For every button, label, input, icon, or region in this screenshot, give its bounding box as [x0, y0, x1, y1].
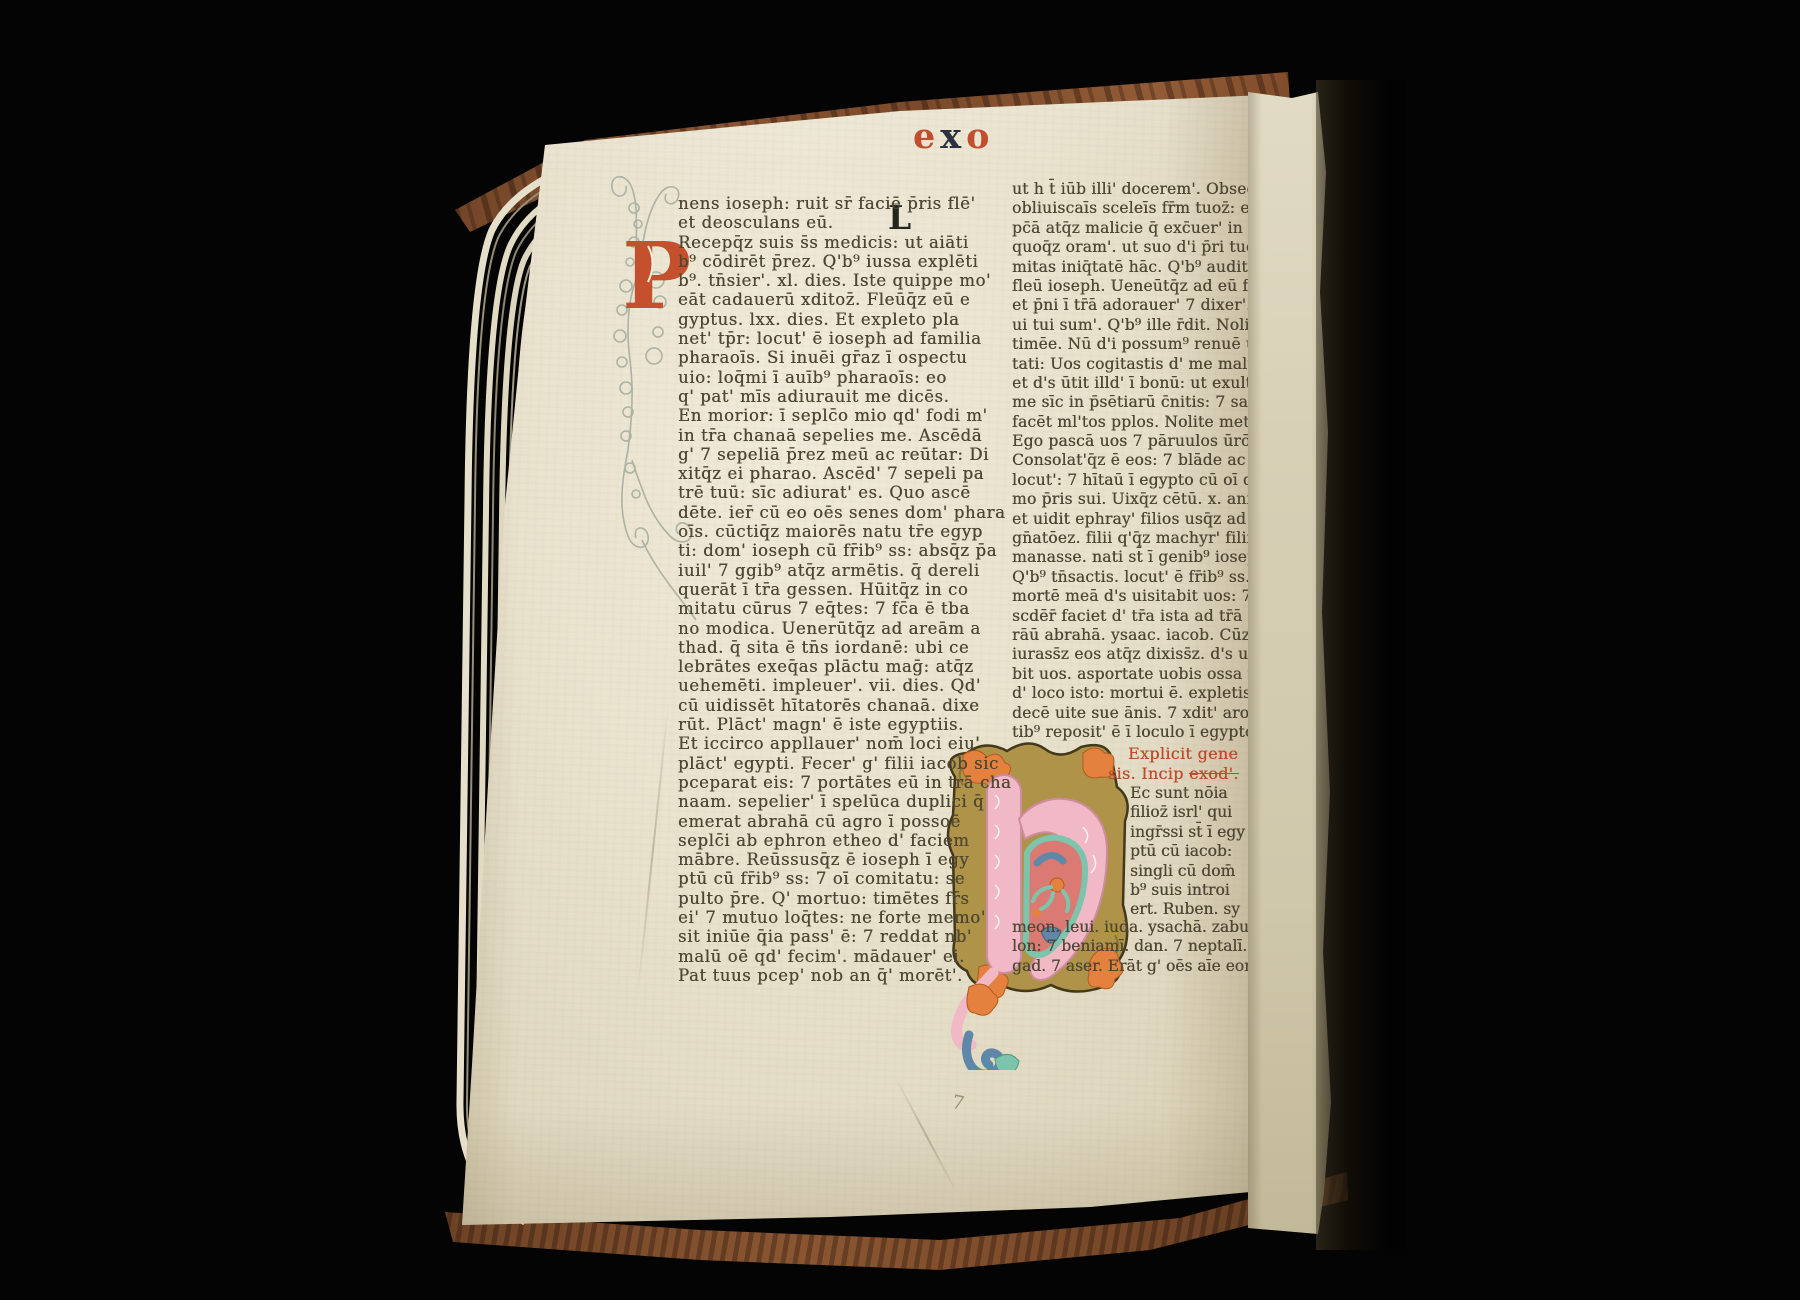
text-line: mābre. Reūssusq̄z ē ioseph ī egy — [678, 850, 1014, 869]
running-title: exo — [913, 116, 995, 157]
right-edge-shadow — [1316, 80, 1406, 1250]
text-line: Recepq̄z suis s̄s medicis: ut aiāti — [678, 233, 1014, 252]
manuscript-photo: exo P — [0, 0, 1800, 1300]
text-line: manasse. nati st̄ ī genib⁹ ioseph. — [1012, 548, 1254, 567]
text-line: gad. 7 aser. Erāt g' oēs aīe eorū — [1012, 957, 1254, 976]
text-line: uehemēti. impleuer'. vii. dies. Qd' — [678, 676, 1014, 695]
text-line: facēt ml'tos pplos. Nolite metuē. — [1012, 413, 1254, 432]
text-line: rūt. Plāct' magn' ē iste egyptiis. — [678, 715, 1014, 734]
text-line: b⁹ suis introi — [1130, 881, 1254, 900]
text-line: querāt ī tr̄a gessen. Hūitq̄z in co — [678, 580, 1014, 599]
text-line: ti: dom' ioseph cū fr̄ib⁹ ss: absq̄z p̄a — [678, 541, 1014, 560]
text-line: uio: loq̄mi ī auīb⁹ pharaoīs: eo — [678, 368, 1014, 387]
text-below-initial: meon. leui. iuda. ysachā. zabulon: 7 ben… — [1012, 918, 1254, 976]
text-line: fleū ioseph. Ueneūtq̄z ad eū fr̄s sui. — [1012, 277, 1254, 296]
text-line: pc̄ā atq̄z malicie q̄ exc̄uer' in te. No… — [1012, 219, 1254, 238]
text-line: Et iccirco appllauer' nom̄ loci eiu' — [678, 734, 1014, 753]
rubric-explicit-incipit: Explicit gene sis. Incip exod'. — [1128, 744, 1239, 783]
text-line: lebrātes exeq̄as plāctu maḡ: atq̄z — [678, 657, 1014, 676]
text-line: eāt cadauerū xditoz̄. Fleūq̄z eū e — [678, 290, 1014, 309]
text-line: decē uite sue ānis. 7 xdit' aroma — [1012, 704, 1254, 723]
text-line: nens ioseph: ruit sr̄ faciē p̄ris flē' — [678, 194, 1014, 213]
text-line: ut h t̄ iūb illi' docerem'. Obsec̄ ut — [1012, 180, 1254, 199]
text-line: lon: 7 beniamī. dan. 7 neptalī. — [1012, 937, 1254, 956]
text-line: b⁹. tn̄sier'. xl. dies. Iste quippe mo' — [678, 271, 1014, 290]
text-line: singli cū dom̄ — [1130, 862, 1254, 881]
text-line: me sīc in p̄sētiarū c̄nitis: 7 saluos' — [1012, 393, 1254, 412]
rubric-line: sis. Incip exod'. — [1108, 764, 1239, 784]
text-line: ei' 7 mutuo loq̄tes: ne forte memo' — [678, 908, 1014, 927]
running-title-letter-o: o — [966, 116, 994, 157]
text-line: ptū cū fr̄ib⁹ ss: 7 oī comitatu: se — [678, 869, 1014, 888]
text-line: oīs. cūctiq̄z maiorēs natu tr̄e egyp — [678, 522, 1014, 541]
text-line: iuil' 7 ggib⁹ atq̄z armētis. q̄ dereli — [678, 561, 1014, 580]
text-line: Ego pascā uos 7 pāruulos ūrōs. — [1012, 432, 1254, 451]
text-line: ert. Ruben. sy — [1130, 900, 1254, 919]
text-line: Consolat'q̄z ē eos: 7 blāde ac lenit̄ — [1012, 451, 1254, 470]
right-text-column: ut h t̄ iūb illi' docerem'. Obsec̄ utobl… — [1012, 180, 1254, 742]
text-line: Pat tuus pcep' nob an q̄' morēt'. — [678, 966, 1014, 985]
text-line: g' 7 sepeliā p̄rez meū ac reūtar: Di — [678, 445, 1014, 464]
text-line: iurass̄z eos atq̄z dixiss̄z. d's uisita — [1012, 645, 1254, 664]
text-line: xitq̄z ei pharao. Ascēd' 7 sepeli pa — [678, 464, 1014, 483]
text-line: rāū abrahā. ysaac. iacob. Cūz ad — [1012, 626, 1254, 645]
text-line: pceparat eis: 7 portātes eū in trā cha — [678, 773, 1014, 792]
text-line: q' pat' mīs adiurauit me dicēs. — [678, 387, 1014, 406]
text-line: tati: Uos cogitastis d' me malū: — [1012, 355, 1254, 374]
text-line: mitas iniq̄tatē hāc. Q'b⁹ auditis: — [1012, 258, 1254, 277]
text-line: scdēr̄ faciet d' tr̄a ista ad tr̄ā q̄ iu — [1012, 607, 1254, 626]
text-line: et uidit ephray' filios usq̄z ad t'ciā — [1012, 510, 1254, 529]
text-line: pharaoīs. Si inuēi gr̄az ī ospectu — [678, 348, 1014, 367]
left-text-column: nens ioseph: ruit sr̄ faciē p̄ris flē'et… — [678, 194, 1014, 985]
text-line: dēte. ier̄ cū eo oēs senes dom' phara — [678, 503, 1014, 522]
text-line: meon. leui. iuda. ysachā. zabu — [1012, 918, 1254, 937]
text-line: ui tui sum'. Q'b⁹ ille r̄dit. Nolite — [1012, 316, 1254, 335]
text-line: d' loco isto: mortui ē. expletis cētū — [1012, 684, 1254, 703]
text-beside-initial: Ec sunt nōiafilioz̄ isrl' quiingr̄ssi st… — [1130, 784, 1254, 920]
text-line: timēe. Nū d'i possum⁹ renuē uolū — [1012, 335, 1254, 354]
text-line: tib⁹ reposit' ē ī loculo ī egypto. — [1012, 723, 1254, 742]
text-line: locut': 7 hītaū ī egypto cū oī do — [1012, 471, 1254, 490]
text-line: mortē meā d's uisitabit uos: 7 a — [1012, 587, 1254, 606]
text-line: seplc̄i ab ephron etheo d' faciem — [678, 831, 1014, 850]
text-line: no modica. Uenerūtq̄z ad areām a — [678, 619, 1014, 638]
text-line: net' tp̄r: locut' ē ioseph ad familia — [678, 329, 1014, 348]
text-line: cū uidissēt hītatorēs chanaā. dixe — [678, 696, 1014, 715]
text-line: sit iniūe q̄ia pass' ē: 7 reddat nb' — [678, 927, 1014, 946]
text-line: quoq̄z oram'. ut suo d'i p̄ri tuo di — [1012, 238, 1254, 257]
text-line: obliuiscaīs sceleīs fr̄m tuoz̄: et — [1012, 199, 1254, 218]
text-line: emerat abrahā cū agro ī possoē — [678, 812, 1014, 831]
text-line: naam. sepelier' ī spelūca duplici q̄ — [678, 792, 1014, 811]
running-title-letter-e: e — [913, 116, 940, 157]
text-line: En morior: ī seplc̄o mio qd' fodi m' — [678, 406, 1014, 425]
text-line: gn̄atōez. filii q'q̄z machyr' filii — [1012, 529, 1254, 548]
text-line: et d's ūtit illd' ī bonū: ut exultar̄t — [1012, 374, 1254, 393]
text-line: Ec sunt nōia — [1130, 784, 1254, 803]
rubric-line: Explicit gene — [1128, 744, 1239, 764]
text-line: bit uos. asportate uobis ossa mā — [1012, 665, 1254, 684]
text-line: trē tuū: sīc adiurat' es. Quo ascē — [678, 483, 1014, 502]
text-line: in tr̄a chanaā sepelies me. Ascēdā — [678, 426, 1014, 445]
text-line: thad. q̄ sita ē tn̄s iordanē: ubi ce — [678, 638, 1014, 657]
text-line: ptū cū iacob: — [1130, 842, 1254, 861]
text-line: ingr̄ssi st̄ ī egy — [1130, 823, 1254, 842]
text-line: b⁹ cōdirēt p̄rez. Q'b⁹ iussa explēti — [678, 252, 1014, 271]
text-line: Q'b⁹ tn̄sactis. locut' ē fr̄ib⁹ ss. P' — [1012, 568, 1254, 587]
text-line: mo p̄ris sui. Uixq̄z cētū. x. anis. — [1012, 490, 1254, 509]
text-line: malū oē qd' fecim'. mādauer' ei. — [678, 947, 1014, 966]
running-title-letter-x: x — [940, 116, 966, 157]
text-line: mitatu cūrus 7 eq̄tes: 7 fc̄a ē tba — [678, 599, 1014, 618]
text-line: et p̄ni ī tr̄ā adorauer' 7 dixer'. Ser — [1012, 296, 1254, 315]
text-line: gyptus. lxx. dies. Et expleto pla — [678, 310, 1014, 329]
text-line: filioz̄ isrl' qui — [1130, 803, 1254, 822]
text-line: plāct' egypti. Fecer' g' filii iacob sic — [678, 754, 1014, 773]
text-line: et deosculans eū. — [678, 213, 1014, 232]
text-line: pulto p̄re. Q' mortuo: timētes fr̄s — [678, 889, 1014, 908]
